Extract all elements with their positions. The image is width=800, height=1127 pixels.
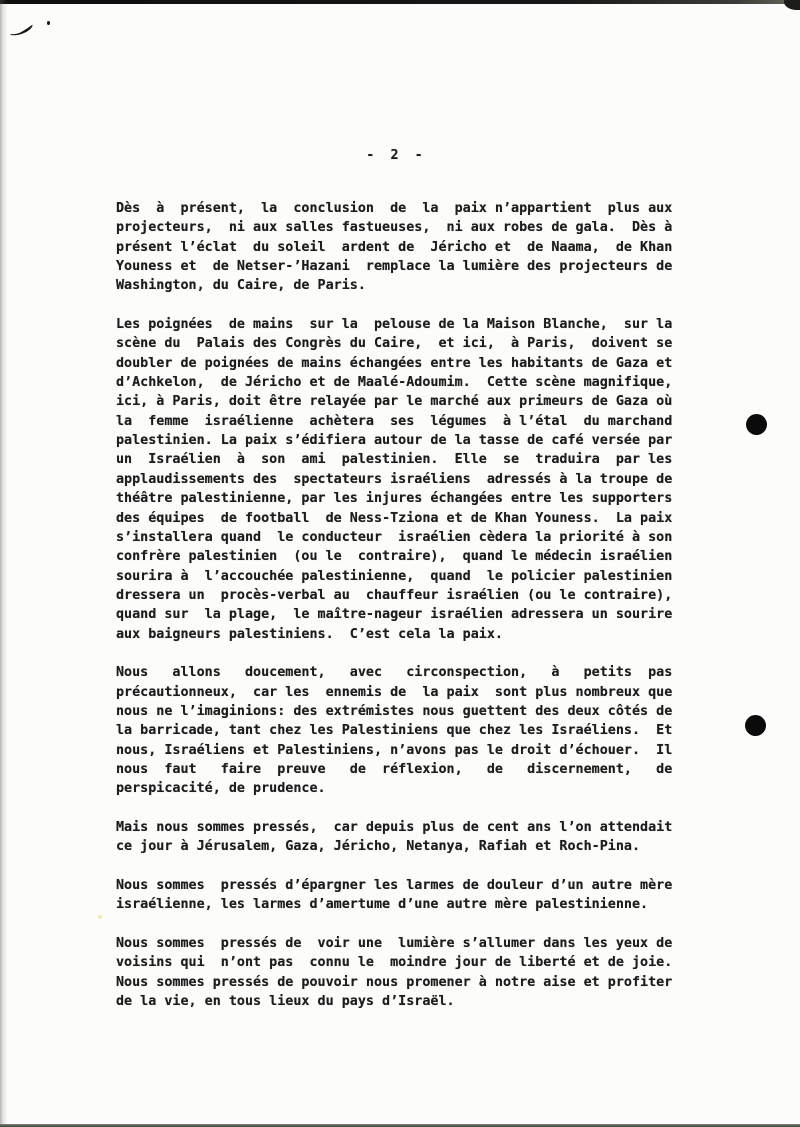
ink-smudge-mark <box>9 22 35 38</box>
text-line: palestinien. La paix s’édifiera autour d… <box>116 431 678 450</box>
text-line: Youness et de Netser-’Hazani remplace la… <box>116 257 678 276</box>
text-line: voisins qui n’ont pas connu le moindre j… <box>116 953 678 972</box>
paragraph-2: Les poignées de mains sur la pelouse de … <box>116 315 678 644</box>
text-line: Nous sommes pressés de voir une lumière … <box>116 934 678 953</box>
text-line: dressera un procès-verbal au chauffeur i… <box>116 586 678 605</box>
text-line: israélienne, les larmes d’amertume d’une… <box>116 895 678 914</box>
text-line: applaudissements des spectateurs israéli… <box>116 470 678 489</box>
text-line: précautionneux, car les ennemis de la pa… <box>116 683 678 702</box>
scan-edge-top-right <box>784 0 800 10</box>
text-line: Mais nous sommes pressés, car depuis plu… <box>116 818 678 837</box>
text-line: Washington, du Caire, de Paris. <box>116 276 678 295</box>
text-line: ici, à Paris, doit être relayée par le m… <box>116 392 678 411</box>
text-line: d’Achkelon, de Jéricho et de Maalé-Adoum… <box>116 373 678 392</box>
paragraph-1: Dès à présent, la conclusion de la paix … <box>116 199 678 296</box>
punch-hole-dot-lower <box>745 715 766 736</box>
text-line: nous ne l’imaginions: des extrémistes no… <box>116 702 678 721</box>
text-line: doubler de poignées de mains échangées e… <box>116 354 678 373</box>
text-line: nous faut faire preuve de réflexion, de … <box>116 760 678 779</box>
text-line: confrère palestinien (ou le contraire), … <box>116 547 678 566</box>
punch-hole-dot-upper <box>746 414 767 435</box>
paper-speck <box>98 915 102 919</box>
scan-edge-top <box>0 0 800 4</box>
scanned-page: - 2 - Dès à présent, la conclusion de la… <box>0 0 800 1127</box>
text-line: ce jour à Jérusalem, Gaza, Jéricho, Neta… <box>116 837 678 856</box>
text-line: quand sur la plage, le maître-nageur isr… <box>116 605 678 624</box>
paragraph-5: Nous sommes pressés d’épargner les larme… <box>116 876 678 915</box>
text-line: théâtre palestinienne, par les injures é… <box>116 489 678 508</box>
text-line: s’installera quand le conducteur israéli… <box>116 528 678 547</box>
text-line: Nous allons doucement, avec circonspecti… <box>116 663 678 682</box>
paragraph-4: Mais nous sommes pressés, car depuis plu… <box>116 818 678 857</box>
text-line: aux baigneurs palestiniens. C’est cela l… <box>116 625 678 644</box>
text-line: Nous sommes pressés d’épargner les larme… <box>116 876 678 895</box>
page-number: - 2 - <box>116 146 673 165</box>
text-line: présent l’éclat du soleil ardent de Jéri… <box>116 238 678 257</box>
scan-edge-left <box>0 0 8 1127</box>
text-line: Nous sommes pressés de pouvoir nous prom… <box>116 973 678 992</box>
text-line: des équipes de football de Ness-Tziona e… <box>116 509 678 528</box>
text-line: nous, Israéliens et Palestiniens, n’avon… <box>116 741 678 760</box>
text-line: un Israélien à son ami palestinien. Elle… <box>116 450 678 469</box>
text-line: de la vie, en tous lieux du pays d’Israë… <box>116 992 678 1011</box>
text-line: sourira à l’accouchée palestinienne, qua… <box>116 567 678 586</box>
text-line: la barricade, tant chez les Palestiniens… <box>116 721 678 740</box>
paragraph-6: Nous sommes pressés de voir une lumière … <box>116 934 678 1011</box>
text-line: Les poignées de mains sur la pelouse de … <box>116 315 678 334</box>
text-line: la femme israélienne achètera ses légume… <box>116 412 678 431</box>
text-line: Dès à présent, la conclusion de la paix … <box>116 199 678 218</box>
ink-speck-dot <box>47 21 50 25</box>
paragraph-3: Nous allons doucement, avec circonspecti… <box>116 663 678 798</box>
document-body: Dès à présent, la conclusion de la paix … <box>116 199 678 1031</box>
text-line: perspicacité, de prudence. <box>116 779 678 798</box>
text-line: scène du Palais des Congrès du Caire, et… <box>116 334 678 353</box>
text-line: projecteurs, ni aux salles fastueuses, n… <box>116 218 678 237</box>
